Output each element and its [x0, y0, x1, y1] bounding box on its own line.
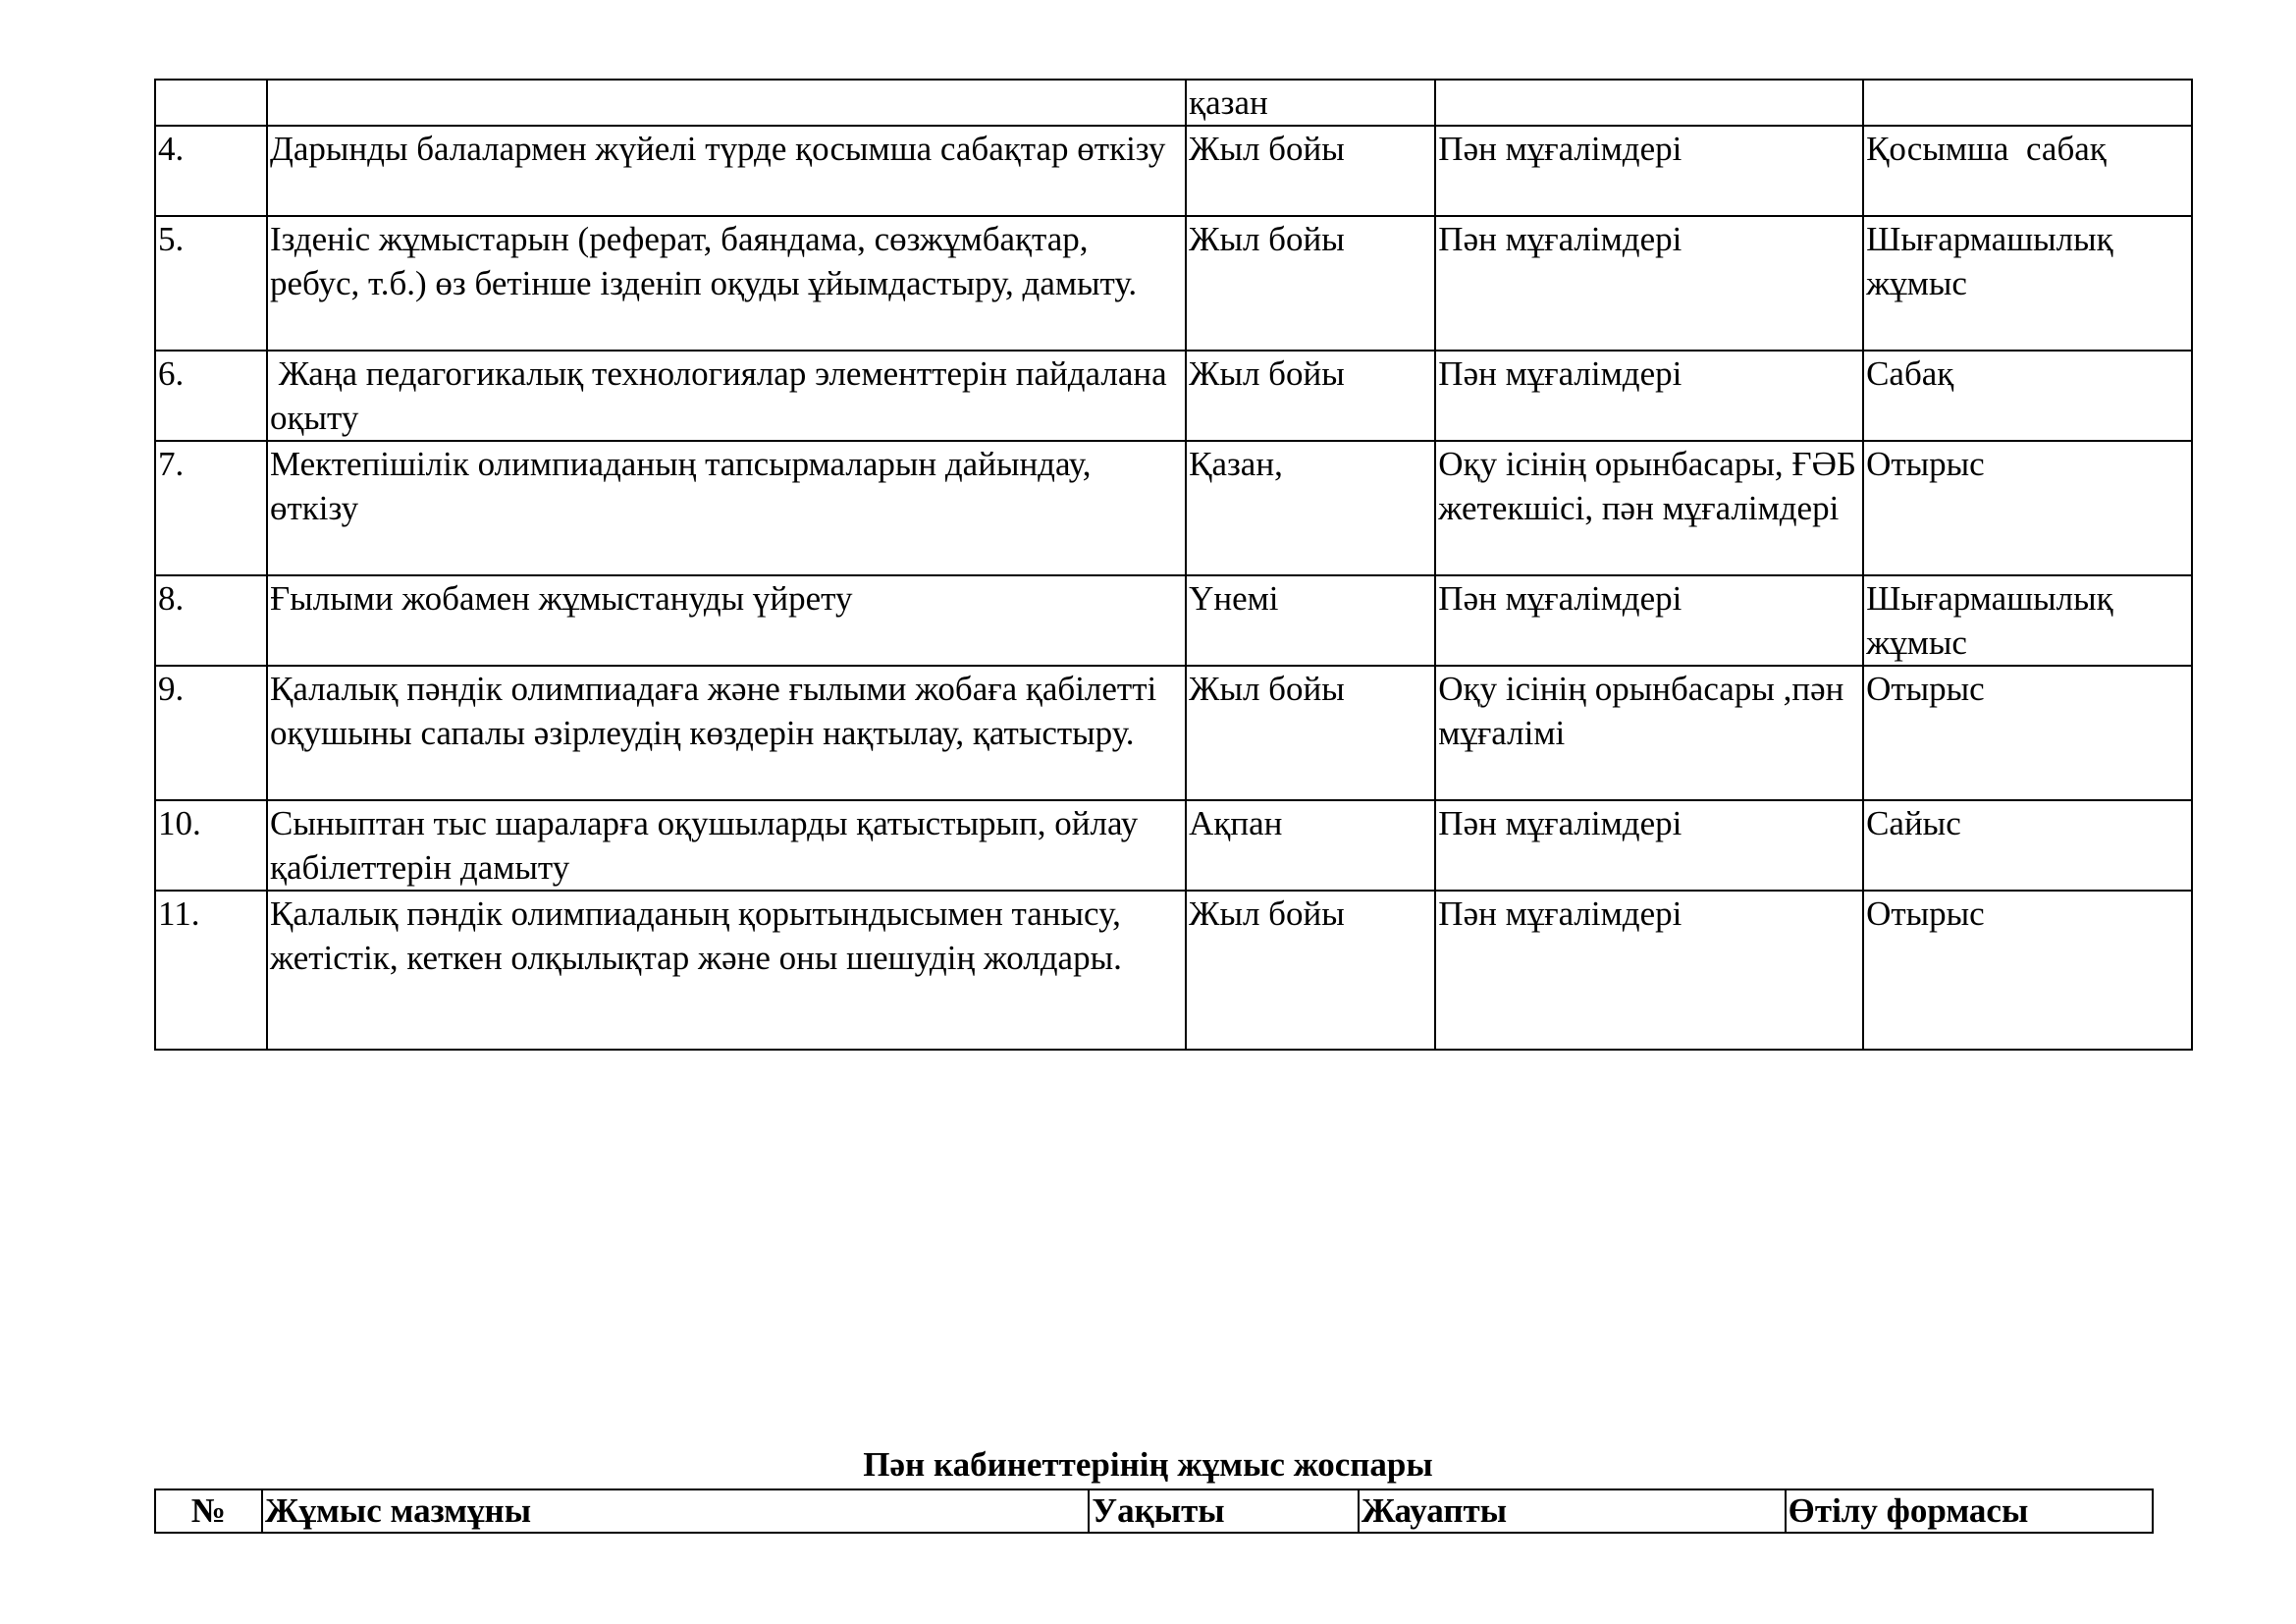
row-form: Отырыс: [1863, 891, 2192, 1050]
row-content: Дарынды балалармен жүйелі түрде қосымша …: [267, 126, 1186, 216]
row-time: Жыл бойы: [1186, 891, 1435, 1050]
row-content: Жаңа педагогикалық технологиялар элемент…: [267, 351, 1186, 441]
row-time: Жыл бойы: [1186, 351, 1435, 441]
row-time: Ақпан: [1186, 800, 1435, 891]
row-number: 9.: [155, 666, 267, 800]
row-time: Жыл бойы: [1186, 666, 1435, 800]
work-plan-body: қазан4.Дарынды балалармен жүйелі түрде қ…: [155, 80, 2192, 1050]
row-number: 5.: [155, 216, 267, 351]
row-form: Шығармашылық жұмыс: [1863, 216, 2192, 351]
table-row: 8.Ғылыми жобамен жұмыстануды үйретуҮнемі…: [155, 575, 2192, 666]
header-form: Өтілу формасы: [1786, 1489, 2153, 1533]
row-number: 4.: [155, 126, 267, 216]
row-form: Отырыс: [1863, 666, 2192, 800]
header-row: № Жұмыс мазмұны Уақыты Жауапты Өтілу фор…: [155, 1489, 2153, 1533]
row-form: Сайыс: [1863, 800, 2192, 891]
table-row: 10.Сыныптан тыс шараларға оқушыларды қат…: [155, 800, 2192, 891]
row-responsible: Пән мұғалімдері: [1435, 126, 1863, 216]
header-content: Жұмыс мазмұны: [262, 1489, 1089, 1533]
row-responsible: Пән мұғалімдері: [1435, 216, 1863, 351]
row-number: [155, 80, 267, 126]
row-form: Сабақ: [1863, 351, 2192, 441]
cabinet-plan-table: № Жұмыс мазмұны Уақыты Жауапты Өтілу фор…: [154, 1489, 2154, 1534]
table-row: 11.Қалалық пәндік олимпиаданың қорытынды…: [155, 891, 2192, 1050]
row-responsible: Оқу ісінің орынбасары ,пән мұғалімі: [1435, 666, 1863, 800]
row-responsible: Пән мұғалімдері: [1435, 891, 1863, 1050]
row-number: 11.: [155, 891, 267, 1050]
work-plan-table: қазан4.Дарынды балалармен жүйелі түрде қ…: [154, 79, 2193, 1051]
row-content: Қалалық пәндік олимпиаданың қорытындысым…: [267, 891, 1186, 1050]
row-content: Сыныптан тыс шараларға оқушыларды қатыст…: [267, 800, 1186, 891]
row-responsible: Пән мұғалімдері: [1435, 575, 1863, 666]
row-content: Ғылыми жобамен жұмыстануды үйрету: [267, 575, 1186, 666]
row-content: Мектепішілік олимпиаданың тапсырмаларын …: [267, 441, 1186, 575]
table-row: 6. Жаңа педагогикалық технологиялар элем…: [155, 351, 2192, 441]
row-form: Қосымша сабақ: [1863, 126, 2192, 216]
row-time: Жыл бойы: [1186, 126, 1435, 216]
row-responsible: Пән мұғалімдері: [1435, 351, 1863, 441]
row-form: Шығармашылық жұмыс: [1863, 575, 2192, 666]
table-row: 5.Ізденіс жұмыстарын (реферат, баяндама,…: [155, 216, 2192, 351]
row-responsible: Пән мұғалімдері: [1435, 800, 1863, 891]
row-time: Үнемі: [1186, 575, 1435, 666]
table-row: 7.Мектепішілік олимпиаданың тапсырмалары…: [155, 441, 2192, 575]
row-time: Жыл бойы: [1186, 216, 1435, 351]
row-form: [1863, 80, 2192, 126]
header-time: Уақыты: [1089, 1489, 1358, 1533]
row-responsible: Оқу ісінің орынбасары, ҒӘБ жетекшісі, пә…: [1435, 441, 1863, 575]
row-number: 6.: [155, 351, 267, 441]
row-time: Қазан,: [1186, 441, 1435, 575]
header-responsible: Жауапты: [1359, 1489, 1786, 1533]
row-form: Отырыс: [1863, 441, 2192, 575]
row-number: 8.: [155, 575, 267, 666]
row-number: 7.: [155, 441, 267, 575]
row-content: [267, 80, 1186, 126]
row-content: Қалалық пәндік олимпиадаға және ғылыми ж…: [267, 666, 1186, 800]
section-title: Пән кабинеттерінің жұмыс жоспары: [0, 1443, 2296, 1487]
row-responsible: [1435, 80, 1863, 126]
row-content: Ізденіс жұмыстарын (реферат, баяндама, с…: [267, 216, 1186, 351]
table-row: 9.Қалалық пәндік олимпиадаға және ғылыми…: [155, 666, 2192, 800]
row-number: 10.: [155, 800, 267, 891]
row-time: қазан: [1186, 80, 1435, 126]
header-num: №: [155, 1489, 262, 1533]
table-row: 4.Дарынды балалармен жүйелі түрде қосымш…: [155, 126, 2192, 216]
table-row: қазан: [155, 80, 2192, 126]
